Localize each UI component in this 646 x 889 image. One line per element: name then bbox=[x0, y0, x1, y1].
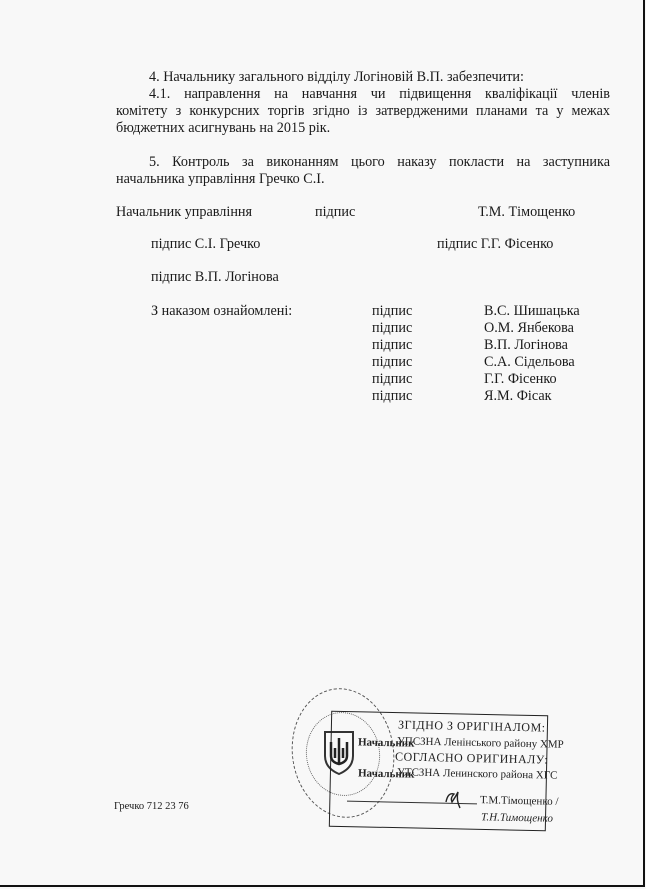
acq-sign-4: підпис bbox=[372, 354, 412, 371]
acq-sign-6: підпис bbox=[372, 388, 412, 405]
acq-name-2: О.М. Янбекова bbox=[484, 320, 574, 337]
head-title: Начальник управління bbox=[116, 204, 252, 221]
acq-sign-2: підпис bbox=[372, 320, 412, 337]
acq-sign-5: підпис bbox=[372, 371, 412, 388]
head-name: Т.М. Тімощенко bbox=[478, 204, 575, 221]
footer-contact: Гречко 712 23 76 bbox=[114, 798, 189, 815]
signature-scribble-icon bbox=[442, 786, 466, 810]
item4-1-line2: комітету з конкурсних торгів згідно із з… bbox=[116, 103, 610, 120]
acq-name-3: В.П. Логінова bbox=[484, 337, 568, 354]
item5-line2: начальника управління Гречко С.І. bbox=[116, 171, 325, 188]
item4-1-line1: 4.1. направлення на навчання чи підвищен… bbox=[149, 86, 610, 103]
stamp-name-ua: Т.М.Тімощенко / bbox=[480, 794, 559, 809]
document-page: 4. Начальнику загального відділу Логінов… bbox=[0, 0, 645, 887]
approval-loginova: підпис В.П. Логінова bbox=[151, 269, 279, 286]
acq-name-4: С.А. Сідельова bbox=[484, 354, 575, 371]
approval-grechko: підпис С.І. Гречко bbox=[151, 236, 260, 253]
stamp-name-ru: Т.Н.Тимощенко bbox=[481, 811, 553, 826]
acquainted-label: З наказом ознайомлені: bbox=[151, 303, 292, 320]
item4-heading: 4. Начальнику загального відділу Логінов… bbox=[149, 69, 524, 86]
head-sign-label: підпис bbox=[315, 204, 355, 221]
acq-sign-3: підпис bbox=[372, 337, 412, 354]
acq-name-5: Г.Г. Фісенко bbox=[484, 371, 557, 388]
item4-1-line3: бюджетних асигнувань на 2015 рік. bbox=[116, 120, 330, 137]
item5-line1: 5. Контроль за виконанням цього наказу п… bbox=[149, 154, 610, 171]
acq-name-6: Я.М. Фісак bbox=[484, 388, 552, 405]
acq-sign-1: підпис bbox=[372, 303, 412, 320]
acq-name-1: В.С. Шишацька bbox=[484, 303, 580, 320]
approval-fisenko: підпис Г.Г. Фісенко bbox=[437, 236, 553, 253]
